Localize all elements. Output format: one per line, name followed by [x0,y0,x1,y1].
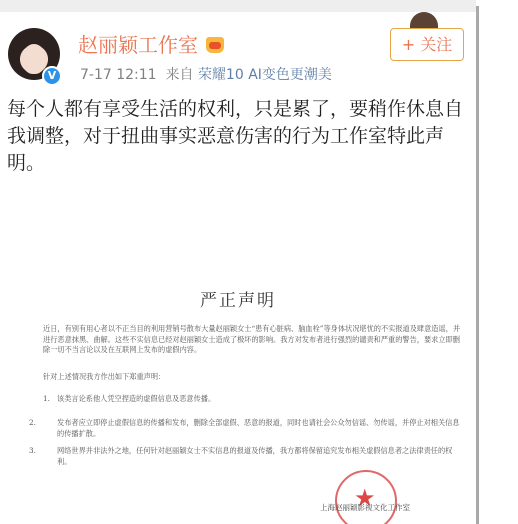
item-text: 该类言论系他人凭空捏造的虚假信息及恶意传播。 [57,394,215,403]
post-meta: 7-17 12:11 来自 荣耀10 AI变色更潮美 [80,64,332,84]
post-text: 每个人都有享受生活的权利，只是累了，要稍作休息自我调整，对于扭曲事实恶意伤害的行… [7,96,472,177]
source-prefix: 来自 [165,67,193,83]
statement-title: 严正声明 [0,286,476,311]
statement-item-1: 1.该类言论系他人凭空捏造的虚假信息及恶意传播。 [43,394,463,405]
author-name[interactable]: 赵丽颖工作室 [78,33,198,57]
scrollbar[interactable] [476,6,479,524]
author-name-row: 赵丽颖工作室 [78,32,224,58]
item-number: 2. [43,418,57,429]
statement-image[interactable]: 严正声明 近日，有别有用心者以不正当目的利用营销号散布大量赵丽颖女士“患有心脏病… [0,182,476,524]
statement-item-2: 2.发布者应立即停止虚假信息的传播和发布，删除全部虚假、恶意的报道，同时也请社会… [43,418,463,439]
post-time: 7-17 12:11 [80,67,157,83]
follow-button[interactable]: + 关注 [390,28,464,61]
statement-item-3: 3.网络世界并非法外之地，任何针对赵丽颖女士不实信息的报道及传播，我方都将保留追… [43,446,463,467]
item-text: 网络世界并非法外之地，任何针对赵丽颖女士不实信息的报道及传播，我方都将保留追究发… [57,446,452,466]
red-seal-stamp: ★ [335,470,397,524]
verified-badge-icon: V [42,66,62,86]
statement-lead: 针对上述情况我方作出如下郑重声明： [43,372,463,383]
item-number: 3. [43,446,57,457]
top-strip [0,0,476,12]
item-number: 1. [43,394,57,405]
statement-signature: 上海赵丽颖影视文化工作室 [320,502,410,513]
statement-intro: 近日，有别有用心者以不正当目的利用营销号散布大量赵丽颖女士“患有心脏病、脑血栓”… [43,324,463,356]
source-device-link[interactable]: 荣耀10 AI变色更潮美 [198,67,332,83]
avatar-face [22,44,46,74]
item-text: 发布者应立即停止虚假信息的传播和发布，删除全部虚假、恶意的报道，同时也请社会公众… [57,418,460,438]
crown-member-icon [206,37,224,53]
weibo-post-card: V 赵丽颖工作室 7-17 12:11 来自 荣耀10 AI变色更潮美 + 关注… [0,12,476,524]
